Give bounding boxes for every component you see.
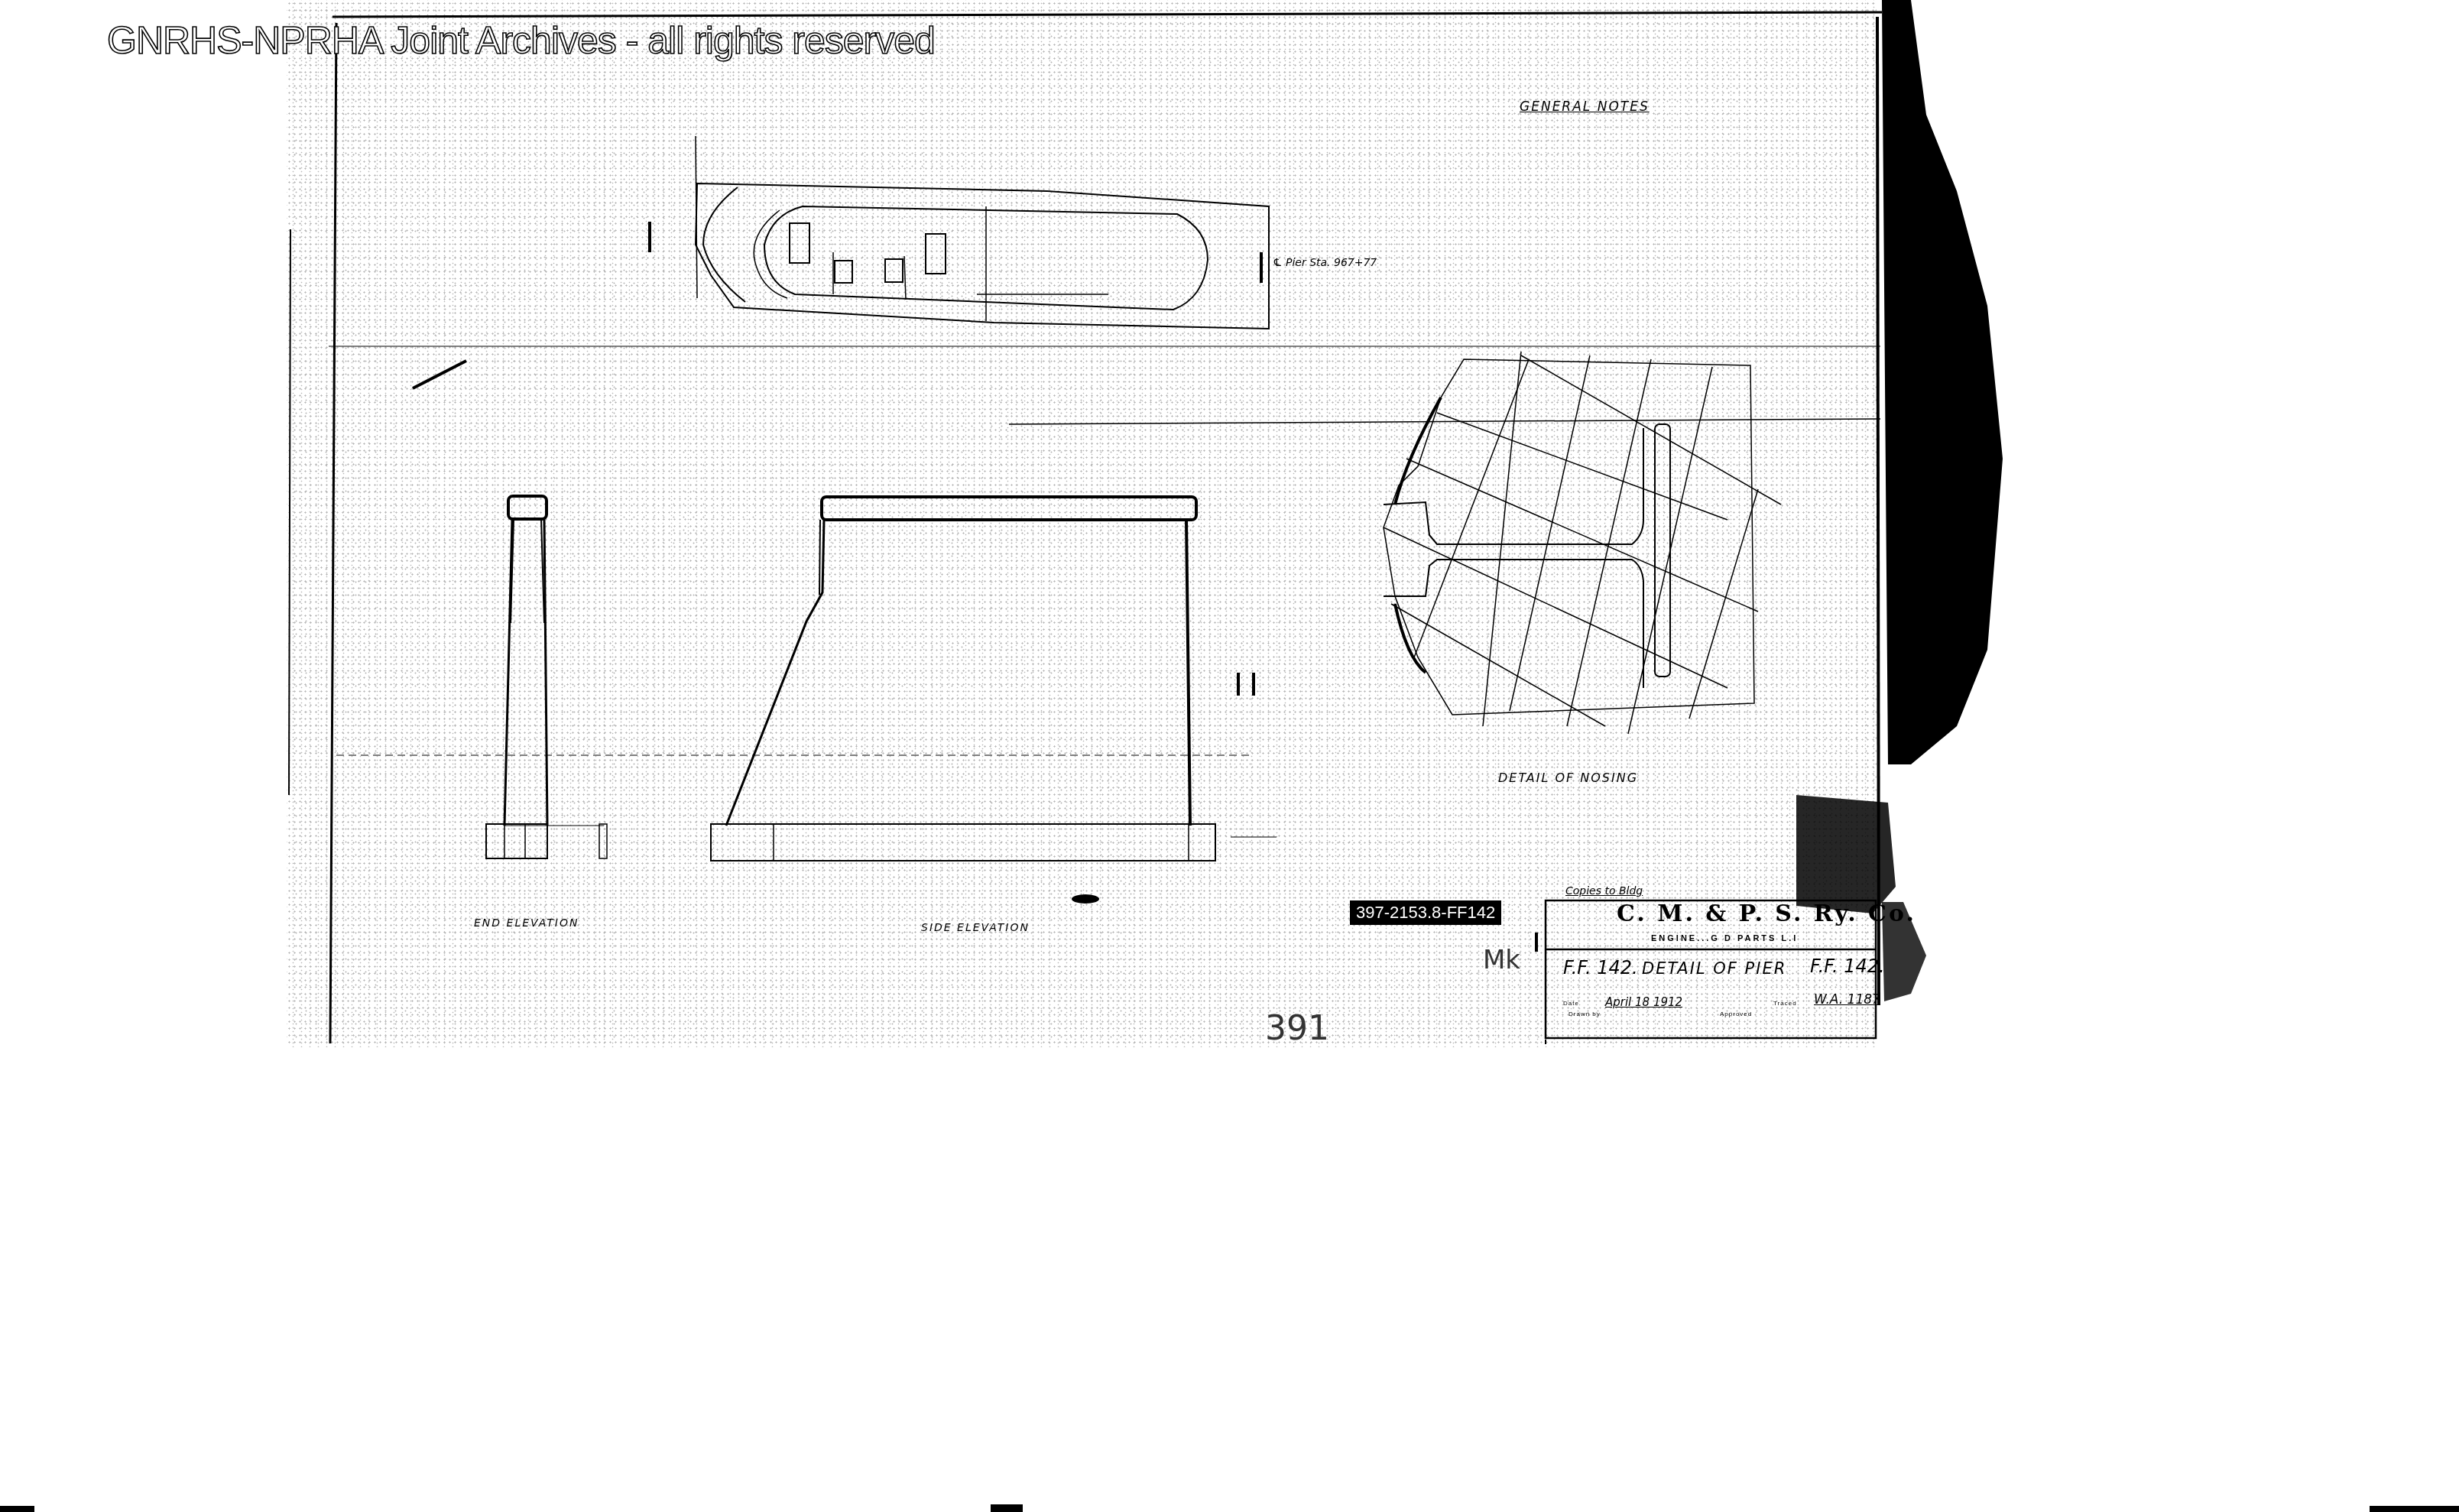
plan-centerline-annotation: ℄ Pier Sta. 967+77 [1273,257,1377,269]
drawing-linework [0,0,2459,1512]
side-elevation-label: Side Elevation [921,922,1030,934]
drawn-by-label: Drawn by [1569,1011,1601,1017]
drawing-date: April 18 1912 [1605,995,1682,1009]
copies-note: Copies to Bldg [1565,885,1643,897]
mark-annotation: Mk [1483,945,1520,975]
blueprint-sheet: GNRHS-NPRHA Joint Archives - all rights … [0,0,2459,1512]
date-label: Date [1563,1000,1579,1007]
archive-watermark: GNRHS-NPRHA Joint Archives - all rights … [107,18,935,63]
department-label: ENGINE...G D PARTS L.I [1651,934,1798,943]
archive-id-stamp: 397-2153.8-FF142 [1350,900,1501,925]
drawing-number-right: F.F. 142. [1810,956,1885,977]
end-elevation-label: End Elevation [474,917,579,930]
approved-label: Approved [1720,1011,1752,1017]
company-name: C. M. & P. S. Ry. Co. [1617,900,1916,927]
reference-number: W.A. 1187 [1814,992,1880,1007]
drawing-title: Detail of Pier [1642,959,1786,978]
traced-label: Traced [1773,1000,1797,1007]
handwritten-sheet-number: 391 [1265,1009,1329,1048]
general-notes-heading: General Notes [1520,99,1650,115]
nosing-detail-label: Detail of Nosing [1498,771,1638,785]
drawing-number-left: F.F. 142. [1563,957,1638,978]
